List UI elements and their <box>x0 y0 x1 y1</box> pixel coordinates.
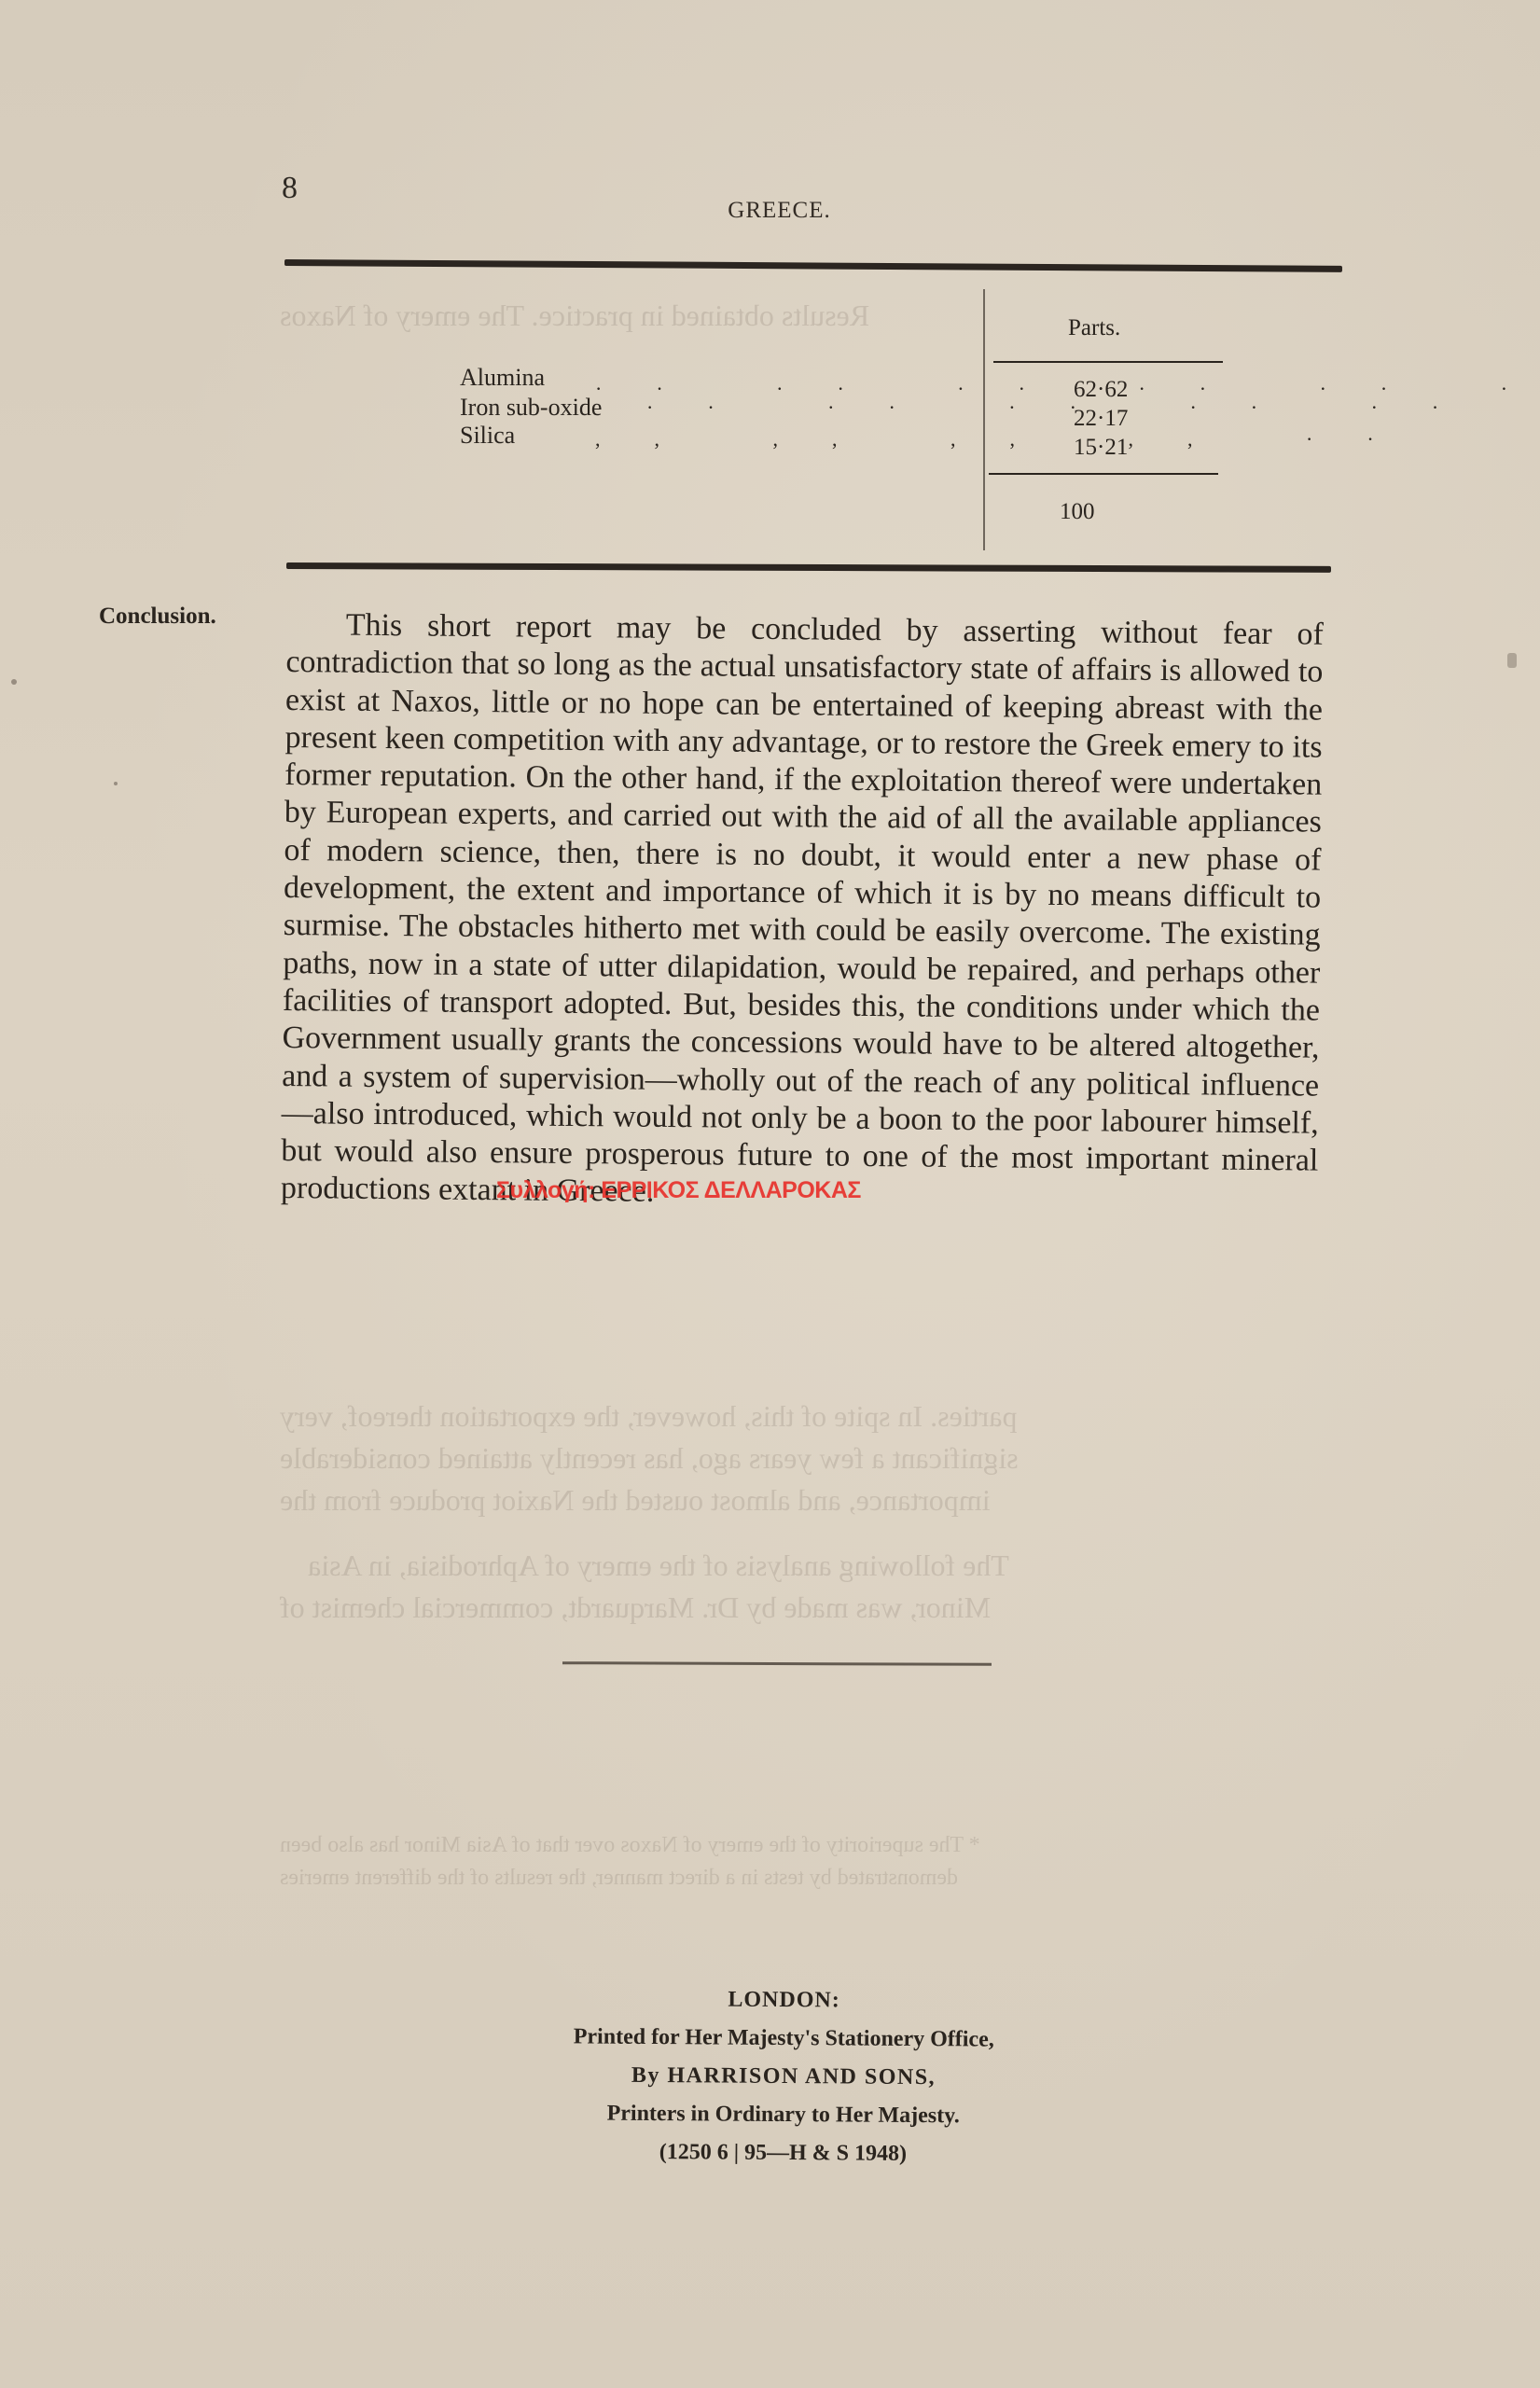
table-bottom-rule <box>286 562 1331 573</box>
parts-column-header: Parts. <box>1068 315 1120 341</box>
paper-speck <box>11 679 17 685</box>
show-through-text: The following analysis of the emery of A… <box>308 1548 1009 1583</box>
show-through-text: importance, and almost ousted the Naxiot… <box>280 1483 991 1518</box>
imprint-line-1: Printed for Her Majesty's Stationery Off… <box>494 2018 1073 2060</box>
row-label: Iron sub-oxide <box>460 394 602 422</box>
table-row: Silica ,, ,, ,, ,, ·· <box>460 422 1169 451</box>
total-rule <box>989 473 1218 475</box>
show-through-text: demonstrated by tests in a direct manner… <box>280 1866 958 1891</box>
show-through-text: * The superiority of the emery of Naxos … <box>280 1833 980 1858</box>
leader-dots: ·· ·· ·· ·· ·· <box>646 396 1020 420</box>
paper-speck <box>1507 653 1517 668</box>
printer-imprint: LONDON: Printed for Her Majesty's Statio… <box>493 1979 1073 2174</box>
paper-speck <box>114 782 118 785</box>
total-value: 100 <box>1060 499 1095 525</box>
leader-dots: ,, ,, ,, ,, ·· <box>595 427 968 451</box>
show-through-text: Minor, was made by Dr. Marquardt, commer… <box>280 1590 991 1625</box>
header-rule <box>993 361 1223 363</box>
section-end-rule <box>562 1661 992 1666</box>
value-iron-sub-oxide: 22·17 <box>1074 404 1128 433</box>
imprint-line-3: Printers in Ordinary to Her Majesty. <box>494 2094 1073 2136</box>
table-row: Iron sub-oxide ·· ·· ·· ·· ·· <box>460 394 1169 423</box>
show-through-text: parties. In spite of this, however, the … <box>280 1399 1017 1434</box>
imprint-city: LONDON: <box>494 1979 1073 2021</box>
collection-watermark: Συλλογή: ΕΡΡΙΚΟΣ ΔΕΛΛΑΡΟΚΑΣ <box>496 1177 861 1204</box>
conclusion-paragraph: This short report may be concluded by as… <box>281 606 1324 1217</box>
imprint-line-4: (1250 6 | 95—H & S 1948) <box>493 2132 1072 2174</box>
row-label: Alumina <box>460 364 545 392</box>
show-through-text: significant a few years ago, has recentl… <box>280 1441 1019 1476</box>
running-title: GREECE. <box>0 198 1540 224</box>
side-note-conclusion: Conclusion. <box>99 604 216 630</box>
parts-values: 62·62 22·17 15·21 <box>1074 375 1128 462</box>
imprint-line-2: By HARRISON AND SONS, <box>494 2056 1073 2098</box>
composition-table: Parts. Alumina ·· ·· ·· ·· ·· ·· Iron su… <box>280 271 1343 560</box>
value-silica: 15·21 <box>1074 433 1128 462</box>
value-alumina: 62·62 <box>1074 375 1128 404</box>
row-label: Silica <box>460 422 515 450</box>
table-row: Alumina ·· ·· ·· ·· ·· ·· <box>460 364 1169 394</box>
